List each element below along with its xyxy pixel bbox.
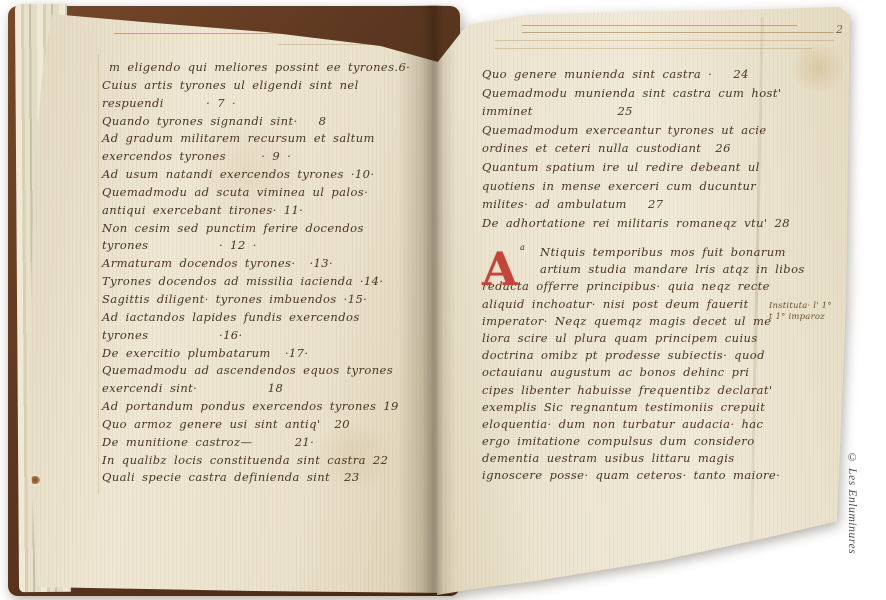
margin-rule xyxy=(98,54,99,494)
margin-note-line: Instituta· l' 1° xyxy=(769,301,855,312)
manuscript-line: dementia uestram usibus littaru magis xyxy=(482,451,838,468)
manuscript-line: exercendos tyrones · 9 · xyxy=(102,149,428,167)
opening-paragraph: A a Ntiquis temporibus mos fuit bonaruma… xyxy=(482,245,838,486)
marginal-annotation: Instituta· l' 1°t 1° imparoz xyxy=(769,301,855,323)
manuscript-line: milites· ad ambulatum 27 xyxy=(482,197,838,216)
right-page-chapter-list: Quo genere munienda sint castra · 24Quem… xyxy=(482,67,838,234)
manuscript-line: Ad usum natandi exercendos tyrones ·10· xyxy=(102,167,428,185)
manuscript-line: Quali specie castra definienda sint 23 xyxy=(102,470,428,488)
margin-note-line: t 1° imparoz xyxy=(769,312,855,323)
manuscript-line: Quemadmodu ad scuta viminea ul palos· xyxy=(102,185,428,203)
manuscript-line: Quemadmodu munienda sint castra cum host… xyxy=(482,86,838,105)
manuscript-photo: m eligendo qui meliores possint ee tyron… xyxy=(0,0,886,600)
manuscript-line: quotiens in mense exerceri cum ducuntur xyxy=(482,179,838,198)
manuscript-line: Ad gradum militarem recursum et saltum xyxy=(102,131,428,149)
manuscript-line: octauianu augustum ac bonos dehinc pri xyxy=(482,365,838,382)
manuscript-line: tyrones ·16· xyxy=(102,328,428,346)
left-page-chapter-list: m eligendo qui meliores possint ee tyron… xyxy=(102,60,428,488)
manuscript-line: Ad iactandos lapides fundis exercendos xyxy=(102,310,428,328)
manuscript-line: Quo genere munienda sint castra · 24 xyxy=(482,67,838,86)
manuscript-line: respuendi · 7 · xyxy=(102,96,428,114)
manuscript-line: Armaturam docendos tyrones· ·13· xyxy=(102,256,428,274)
ruled-line xyxy=(495,40,834,41)
folio-number: 2 xyxy=(836,23,843,36)
manuscript-line: Tyrones docendos ad missilia iacienda ·1… xyxy=(102,274,428,292)
rubricated-initial: A xyxy=(482,246,536,292)
manuscript-line: m eligendo qui meliores possint ee tyron… xyxy=(102,60,428,78)
manuscript-line: De munitione castroz— 21· xyxy=(102,435,428,453)
manuscript-line: Quo armoz genere usi sint antiq' 20 xyxy=(102,417,428,435)
open-book: m eligendo qui meliores possint ee tyron… xyxy=(0,0,886,600)
manuscript-line: Ad portandum pondus exercendos tyrones 1… xyxy=(102,399,428,417)
manuscript-line: liora scire ul plura quam principem cuiu… xyxy=(482,331,838,348)
copyright-watermark: © Les Enluminures xyxy=(846,452,858,600)
manuscript-line: Non cesim sed punctim ferire docendos xyxy=(102,221,428,239)
ruled-line xyxy=(495,48,812,49)
manuscript-line: doctrina omibz pt prodesse subiectis· qu… xyxy=(482,348,838,365)
manuscript-line: Cuius artis tyrones ul eligendi sint nel xyxy=(102,78,428,96)
manuscript-line: Quemadmodu ad ascendendos equos tyrones xyxy=(102,363,428,381)
manuscript-line: De adhortatione rei militaris romaneqz v… xyxy=(482,216,838,235)
manuscript-line: Sagittis diligent· tyrones imbuendos ·15… xyxy=(102,292,428,310)
left-page: m eligendo qui meliores possint ee tyron… xyxy=(28,6,438,594)
ruled-line xyxy=(522,32,834,33)
manuscript-line: tyrones · 12 · xyxy=(102,238,428,256)
right-page: 2 Quo genere munienda sint castra · 24Qu… xyxy=(437,5,852,595)
manuscript-line: ergo imitatione compulsus dum considero xyxy=(482,434,838,451)
manuscript-line: ordines et ceteri nulla custodiant 26 xyxy=(482,141,838,160)
guide-letter: a xyxy=(520,243,525,252)
manuscript-line: eloquentia· dum non turbatur audacia· ha… xyxy=(482,417,838,434)
manuscript-line: cipes libenter habuisse frequentibz decl… xyxy=(482,383,838,400)
manuscript-line: exercendi sint· 18 xyxy=(102,381,428,399)
manuscript-line: Quemadmodum exerceantur tyrones ut acie xyxy=(482,123,838,142)
manuscript-line: Quantum spatium ire ul redire debeant ul xyxy=(482,160,838,179)
manuscript-line: ignoscere posse· quam ceteros· tanto mai… xyxy=(482,468,838,485)
manuscript-line: antiqui exercebant tirones· 11· xyxy=(102,203,428,221)
ruled-line xyxy=(522,25,797,26)
manuscript-line: imminet 25 xyxy=(482,104,838,123)
manuscript-line: De exercitio plumbatarum ·17· xyxy=(102,346,428,364)
manuscript-line: exemplis Sic regnantum testimoniis crepu… xyxy=(482,400,838,417)
manuscript-line: Quando tyrones signandi sint· 8 xyxy=(102,114,428,132)
manuscript-line: In qualibz locis constituenda sint castr… xyxy=(102,453,428,471)
